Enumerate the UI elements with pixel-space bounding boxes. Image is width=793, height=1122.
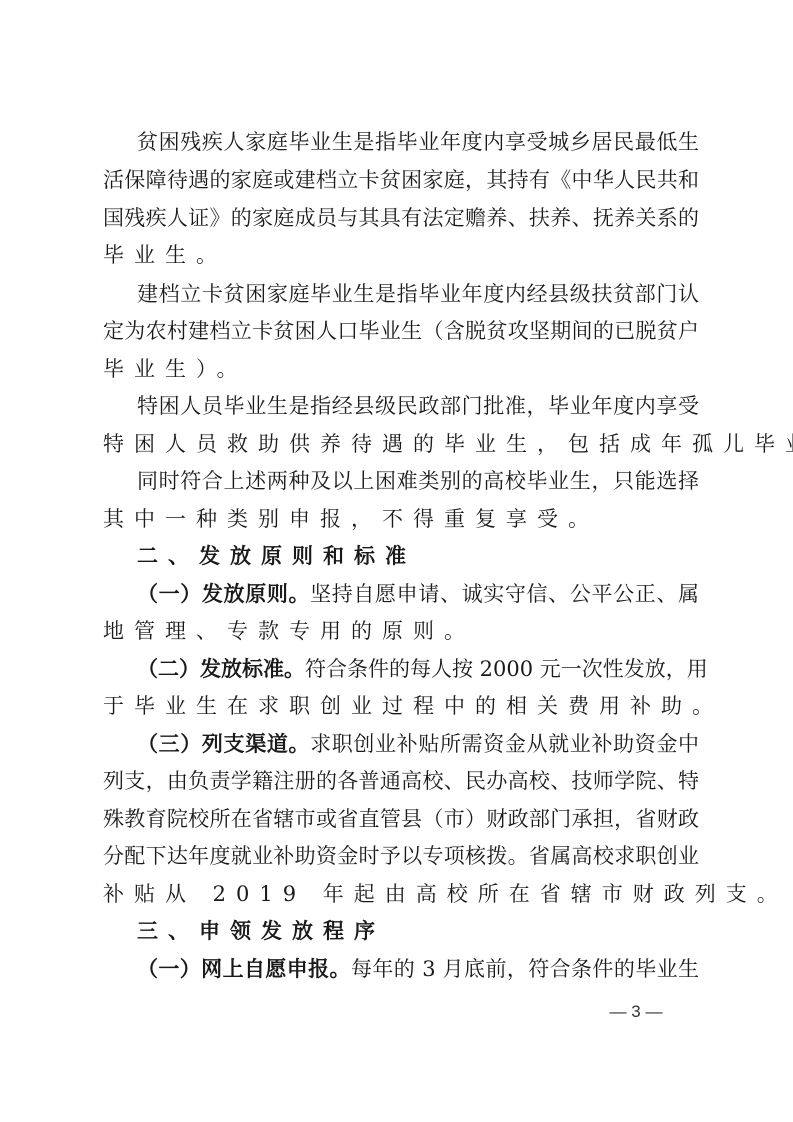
line-text: 特困人员救助供养待遇的毕业生，包括成年孤儿毕业生。: [103, 432, 793, 456]
paragraph-line: 地管理、专款专用的原则。: [103, 616, 699, 646]
paragraph-line: （一）网上自愿申报。每年的 3 月底前，符合条件的毕业生: [137, 954, 699, 984]
paragraph-line: 毕业生。: [103, 240, 699, 270]
paragraph-line: 同时符合上述两种及以上困难类别的高校毕业生，只能选择: [137, 466, 699, 496]
line-text: 每年的 3 月底前，符合条件的毕业生: [351, 957, 699, 981]
section-heading: 三、申领发放程序: [137, 916, 699, 946]
line-text: 符合条件的每人按 2000 元一次性发放，用: [305, 657, 708, 681]
line-text: 三、申领发放程序: [137, 919, 385, 943]
paragraph-line: （三）列支渠道。求职创业补贴所需资金从就业补助资金中: [137, 729, 699, 759]
line-text: 补贴从 2019 年起由高校所在省辖市财政列支。: [103, 882, 788, 906]
line-text: 活保障待遇的家庭或建档立卡贫困家庭，其持有《中华人民共和: [103, 168, 699, 192]
subsection-lead: （一）发放原则。: [137, 581, 310, 606]
paragraph-line: 其中一种类别申报，不得重复享受。: [103, 504, 699, 534]
paragraph-line: 于毕业生在求职创业过程中的相关费用补助。: [103, 691, 699, 721]
paragraph-line: 特困人员救助供养待遇的毕业生，包括成年孤儿毕业生。: [103, 429, 699, 459]
line-text: 殊教育院校所在省辖市或省直管县（市）财政部门承担，省财政: [103, 807, 699, 831]
line-text: 分配下达年度就业补助资金时予以专项核拨。省属高校求职创业: [103, 844, 699, 868]
line-text: 地管理、专款专用的原则。: [103, 619, 475, 643]
line-text: 求职创业补贴所需资金从就业补助资金中: [310, 732, 699, 756]
paragraph-line: 国残疾人证》的家庭成员与其具有法定赡养、扶养、抚养关系的: [103, 203, 699, 233]
line-text: 毕业生）。: [103, 357, 248, 381]
paragraph-line: （二）发放标准。符合条件的每人按 2000 元一次性发放，用: [137, 654, 699, 684]
line-text: 于毕业生在求职创业过程中的相关费用补助。: [103, 694, 723, 718]
line-text: 国残疾人证》的家庭成员与其具有法定赡养、扶养、抚养关系的: [103, 206, 699, 230]
line-text: 同时符合上述两种及以上困难类别的高校毕业生，只能选择: [137, 469, 699, 493]
paragraph-line: 毕业生）。: [103, 354, 699, 384]
subsection-lead: （二）发放标准。: [137, 656, 305, 681]
subsection-lead: （三）列支渠道。: [137, 731, 310, 756]
paragraph-line: 特困人员毕业生是指经县级民政部门批准，毕业年度内享受: [137, 391, 699, 421]
line-text: 列支，由负责学籍注册的各普通高校、民办高校、技师学院、特: [103, 769, 699, 793]
page-number: — 3 —: [596, 1000, 676, 1024]
line-text: 定为农村建档立卡贫困人口毕业生（含脱贫攻坚期间的已脱贫户: [103, 319, 699, 343]
paragraph-line: 定为农村建档立卡贫困人口毕业生（含脱贫攻坚期间的已脱贫户: [103, 316, 699, 346]
paragraph-line: 列支，由负责学籍注册的各普通高校、民办高校、技师学院、特: [103, 766, 699, 796]
paragraph-line: （一）发放原则。坚持自愿申请、诚实守信、公平公正、属: [137, 579, 699, 609]
paragraph-line: 殊教育院校所在省辖市或省直管县（市）财政部门承担，省财政: [103, 804, 699, 834]
paragraph-line: 贫困残疾人家庭毕业生是指毕业年度内享受城乡居民最低生: [137, 127, 699, 157]
section-heading: 二、发放原则和标准: [137, 541, 699, 571]
paragraph-line: 活保障待遇的家庭或建档立卡贫困家庭，其持有《中华人民共和: [103, 165, 699, 195]
paragraph-line: 分配下达年度就业补助资金时予以专项核拨。省属高校求职创业: [103, 841, 699, 871]
document-page: 贫困残疾人家庭毕业生是指毕业年度内享受城乡居民最低生活保障待遇的家庭或建档立卡贫…: [0, 0, 793, 1122]
line-text: 贫困残疾人家庭毕业生是指毕业年度内享受城乡居民最低生: [137, 130, 699, 154]
line-text: 特困人员毕业生是指经县级民政部门批准，毕业年度内享受: [137, 394, 699, 418]
line-text: 坚持自愿申请、诚实守信、公平公正、属: [310, 582, 699, 606]
paragraph-line: 建档立卡贫困家庭毕业生是指毕业年度内经县级扶贫部门认: [137, 279, 699, 309]
line-text: 二、发放原则和标准: [137, 544, 416, 568]
paragraph-line: 补贴从 2019 年起由高校所在省辖市财政列支。: [103, 879, 699, 909]
line-text: 建档立卡贫困家庭毕业生是指毕业年度内经县级扶贫部门认: [137, 282, 699, 306]
subsection-lead: （一）网上自愿申报。: [137, 956, 351, 981]
line-text: 毕业生。: [103, 243, 227, 267]
line-text: 其中一种类别申报，不得重复享受。: [103, 507, 599, 531]
